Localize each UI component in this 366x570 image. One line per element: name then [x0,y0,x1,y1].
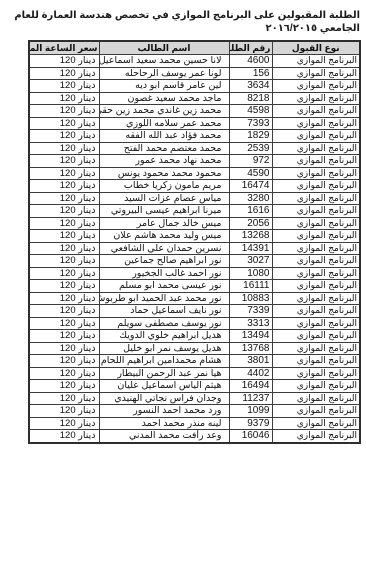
student-name-cell: لانا حسين محمد سعيد اسماعيل [99,55,229,68]
application-no-cell: 3027 [229,255,272,268]
table-row: البرنامج الموازي16474مريم مامون زكريا خط… [29,180,360,193]
table-row: البرنامج الموازي4598محمد زين غاندي محمد … [29,105,360,118]
student-name-cell: مريم مامون زكريا خطاب [99,180,229,193]
header-admission-type: نوع القبول [272,41,360,55]
credit-hour-price-cell: دينار 120 [29,380,99,393]
table-row: البرنامج الموازي3313نور يوسف مصطفى سويلم… [29,317,360,330]
application-no-cell: 4600 [229,55,272,68]
student-name-cell: هديل ابراهيم خلوي الدويك [99,330,229,343]
application-no-cell: 7339 [229,305,272,318]
student-name-cell: نور ابراهيم صالح جماعين [99,255,229,268]
application-no-cell: 11237 [229,392,272,405]
student-name-cell: محمد فؤاد عبد الله الفقه [99,130,229,143]
table-row: البرنامج الموازي156لونا عمر يوسف الرحاحل… [29,67,360,80]
student-name-cell: ماجد محمد سعيد غصون [99,92,229,105]
table-row: البرنامج الموازي3801هشام محمدامين ابراهي… [29,355,360,368]
student-name-cell: نور عيسى محمد ابو مسلم [99,280,229,293]
credit-hour-price-cell: دينار 120 [29,417,99,430]
credit-hour-price-cell: دينار 120 [29,205,99,218]
credit-hour-price-cell: دينار 120 [29,330,99,343]
student-name-cell: نور احمد غالب الجخيور [99,267,229,280]
admission-type-cell: البرنامج الموازي [272,142,360,155]
credit-hour-price-cell: دينار 120 [29,180,99,193]
admission-type-cell: البرنامج الموازي [272,255,360,268]
credit-hour-price-cell: دينار 120 [29,167,99,180]
student-name-cell: محمد نهاد محمد عمور [99,155,229,168]
application-no-cell: 4402 [229,367,272,380]
table-row: البرنامج الموازي13268ميس وليد محمد هاشم … [29,230,360,243]
student-name-cell: لينه منذر محمد احمد [99,417,229,430]
admission-type-cell: البرنامج الموازي [272,130,360,143]
table-row: البرنامج الموازي4590محمود محمد محمود يون… [29,167,360,180]
student-name-cell: مياس عصام عزات السيد [99,192,229,205]
admission-type-cell: البرنامج الموازي [272,317,360,330]
application-no-cell: 3634 [229,80,272,93]
credit-hour-price-cell: دينار 120 [29,405,99,418]
application-no-cell: 2539 [229,142,272,155]
table-row: البرنامج الموازي16494هيثم الياس اسماعيل … [29,380,360,393]
application-no-cell: 3313 [229,317,272,330]
credit-hour-price-cell: دينار 120 [29,305,99,318]
table-row: البرنامج الموازي14391نسرين حمدان علي الش… [29,242,360,255]
application-no-cell: 3801 [229,355,272,368]
table-row: البرنامج الموازي4600لانا حسين محمد سعيد … [29,55,360,68]
table-row: البرنامج الموازي2539محمد معتصم محمد الفت… [29,142,360,155]
admission-type-cell: البرنامج الموازي [272,355,360,368]
credit-hour-price-cell: دينار 120 [29,55,99,68]
table-body: البرنامج الموازي4600لانا حسين محمد سعيد … [29,55,360,443]
application-no-cell: 972 [229,155,272,168]
credit-hour-price-cell: دينار 120 [29,80,99,93]
admission-type-cell: البرنامج الموازي [272,192,360,205]
student-name-cell: هيثم الياس اسماعيل عليان [99,380,229,393]
header-application-no: رقم الطلب [229,41,272,55]
credit-hour-price-cell: دينار 120 [29,155,99,168]
credit-hour-price-cell: دينار 120 [29,192,99,205]
application-no-cell: 16474 [229,180,272,193]
admission-type-cell: البرنامج الموازي [272,280,360,293]
student-name-cell: هشام محمدامين ابراهيم اللحام [99,355,229,368]
admission-type-cell: البرنامج الموازي [272,380,360,393]
application-no-cell: 4598 [229,105,272,118]
student-name-cell: وجدان فراس نجاتي الهنيدي [99,392,229,405]
admission-type-cell: البرنامج الموازي [272,117,360,130]
application-no-cell: 9379 [229,417,272,430]
admission-type-cell: البرنامج الموازي [272,405,360,418]
table-row: البرنامج الموازي13494هديل ابراهيم خلوي ا… [29,330,360,343]
admission-type-cell: البرنامج الموازي [272,80,360,93]
credit-hour-price-cell: دينار 120 [29,255,99,268]
admission-type-cell: البرنامج الموازي [272,67,360,80]
application-no-cell: 4590 [229,167,272,180]
student-name-cell: محمد معتصم محمد الفتح [99,142,229,155]
table-row: البرنامج الموازي16111نور عيسى محمد ابو م… [29,280,360,293]
table-row: البرنامج الموازي7339نور نايف اسماعيل حما… [29,305,360,318]
document-title: الطلبة المقبولين على البرنامج الموازي في… [0,0,366,35]
student-name-cell: محمود محمد محمود يونس [99,167,229,180]
admission-type-cell: البرنامج الموازي [272,55,360,68]
student-name-cell: نور محمد عبد الحميد ابو طربوش [99,292,229,305]
table-row: البرنامج الموازي3634لين عامر قاسم ابو دي… [29,80,360,93]
application-no-cell: 1080 [229,267,272,280]
application-no-cell: 2056 [229,217,272,230]
student-name-cell: وعد رأفت محمد المدني [99,430,229,443]
student-name-cell: نسرين حمدان علي الشافعي [99,242,229,255]
student-name-cell: ميس خالد جمال عامر [99,217,229,230]
table-header: نوع القبول رقم الطلب اسم الطالب سعر السا… [29,41,360,55]
credit-hour-price-cell: دينار 120 [29,230,99,243]
admission-type-cell: البرنامج الموازي [272,180,360,193]
credit-hour-price-cell: دينار 120 [29,92,99,105]
application-no-cell: 13768 [229,342,272,355]
application-no-cell: 13268 [229,230,272,243]
student-name-cell: نور نايف اسماعيل حماد [99,305,229,318]
credit-hour-price-cell: دينار 120 [29,342,99,355]
student-name-cell: لونا عمر يوسف الرحاحله [99,67,229,80]
application-no-cell: 1099 [229,405,272,418]
table-row: البرنامج الموازي13768هديل يوسف نمر ابو خ… [29,342,360,355]
application-no-cell: 14391 [229,242,272,255]
application-no-cell: 10883 [229,292,272,305]
credit-hour-price-cell: دينار 120 [29,242,99,255]
credit-hour-price-cell: دينار 120 [29,267,99,280]
admission-type-cell: البرنامج الموازي [272,267,360,280]
credit-hour-price-cell: دينار 120 [29,105,99,118]
document-page: الطلبة المقبولين على البرنامج الموازي في… [0,0,366,570]
admission-type-cell: البرنامج الموازي [272,342,360,355]
application-no-cell: 3280 [229,192,272,205]
admission-type-cell: البرنامج الموازي [272,217,360,230]
student-name-cell: نور يوسف مصطفى سويلم [99,317,229,330]
admission-type-cell: البرنامج الموازي [272,430,360,443]
credit-hour-price-cell: دينار 120 [29,355,99,368]
table-row: البرنامج الموازي1829محمد فؤاد عبد الله ا… [29,130,360,143]
header-student-name: اسم الطالب [99,41,229,55]
admission-type-cell: البرنامج الموازي [272,230,360,243]
application-no-cell: 156 [229,67,272,80]
student-name-cell: هيا نمر عبد الرحمن البيطار [99,367,229,380]
table-row: البرنامج الموازي1616ميرنا ابراهيم عيسى ا… [29,205,360,218]
student-name-cell: ميرنا ابراهيم عيسى البيروتي [99,205,229,218]
admission-type-cell: البرنامج الموازي [272,155,360,168]
credit-hour-price-cell: دينار 120 [29,392,99,405]
student-name-cell: ميس وليد محمد هاشم علان [99,230,229,243]
table-row: البرنامج الموازي8218ماجد محمد سعيد غصوند… [29,92,360,105]
admission-type-cell: البرنامج الموازي [272,205,360,218]
credit-hour-price-cell: دينار 120 [29,280,99,293]
credit-hour-price-cell: دينار 120 [29,430,99,443]
table-row: البرنامج الموازي3027نور ابراهيم صالح جما… [29,255,360,268]
credit-hour-price-cell: دينار 120 [29,67,99,80]
application-no-cell: 13494 [229,330,272,343]
application-no-cell: 1616 [229,205,272,218]
admission-type-cell: البرنامج الموازي [272,305,360,318]
student-name-cell: لين عامر قاسم ابو ديه [99,80,229,93]
credit-hour-price-cell: دينار 120 [29,292,99,305]
table-row: البرنامج الموازي3280مياس عصام عزات السيد… [29,192,360,205]
credit-hour-price-cell: دينار 120 [29,117,99,130]
table-row: البرنامج الموازي4402هيا نمر عبد الرحمن ا… [29,367,360,380]
header-credit-hour-price: سعر الساعة المعتمدة [29,41,99,55]
table-row: البرنامج الموازي1099ورد محمد احمد النسور… [29,405,360,418]
credit-hour-price-cell: دينار 120 [29,142,99,155]
credit-hour-price-cell: دينار 120 [29,317,99,330]
application-no-cell: 7393 [229,117,272,130]
admission-type-cell: البرنامج الموازي [272,167,360,180]
table-row: البرنامج الموازي9379لينه منذر محمد احمدد… [29,417,360,430]
table-row: البرنامج الموازي2056ميس خالد جمال عامردي… [29,217,360,230]
students-table: نوع القبول رقم الطلب اسم الطالب سعر السا… [28,40,361,444]
table-row: البرنامج الموازي1080نور احمد غالب الجخيو… [29,267,360,280]
admission-type-cell: البرنامج الموازي [272,367,360,380]
application-no-cell: 16111 [229,280,272,293]
table-row: البرنامج الموازي11237وجدان فراس نجاتي ال… [29,392,360,405]
credit-hour-price-cell: دينار 120 [29,217,99,230]
admission-type-cell: البرنامج الموازي [272,242,360,255]
application-no-cell: 8218 [229,92,272,105]
student-name-cell: ورد محمد احمد النسور [99,405,229,418]
admission-type-cell: البرنامج الموازي [272,105,360,118]
table-header-row: نوع القبول رقم الطلب اسم الطالب سعر السا… [29,41,360,55]
student-name-cell: محمد عمر سلامه اللوزي [99,117,229,130]
student-name-cell: محمد زين غاندي محمد زين حقي [99,105,229,118]
admission-type-cell: البرنامج الموازي [272,330,360,343]
table-row: البرنامج الموازي16046وعد رأفت محمد المدن… [29,430,360,443]
table-row: البرنامج الموازي972محمد نهاد محمد عموردي… [29,155,360,168]
credit-hour-price-cell: دينار 120 [29,367,99,380]
table-row: البرنامج الموازي7393محمد عمر سلامه اللوز… [29,117,360,130]
admission-type-cell: البرنامج الموازي [272,92,360,105]
table-row: البرنامج الموازي10883نور محمد عبد الحميد… [29,292,360,305]
application-no-cell: 1829 [229,130,272,143]
student-name-cell: هديل يوسف نمر ابو خليل [99,342,229,355]
application-no-cell: 16046 [229,430,272,443]
admission-type-cell: البرنامج الموازي [272,417,360,430]
credit-hour-price-cell: دينار 120 [29,130,99,143]
application-no-cell: 16494 [229,380,272,393]
admission-type-cell: البرنامج الموازي [272,392,360,405]
admission-type-cell: البرنامج الموازي [272,292,360,305]
